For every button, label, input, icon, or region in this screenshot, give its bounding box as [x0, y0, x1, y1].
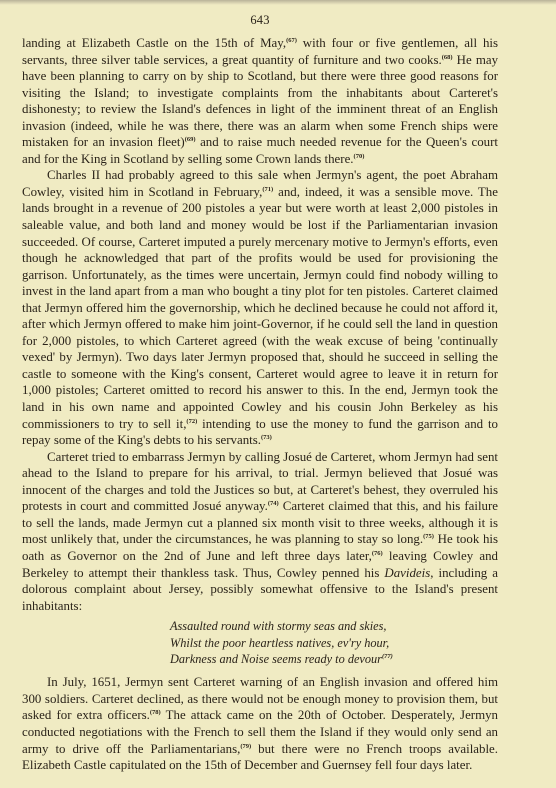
footnote-marker: (67)	[286, 37, 297, 44]
verse-line-1: Assaulted round with stormy seas and ski…	[170, 618, 498, 634]
page-top-edge-shadow	[0, 0, 556, 5]
footnote-marker: (76)	[372, 550, 383, 557]
footnote-marker: (68)	[442, 54, 453, 61]
paragraph-4: In July, 1651, Jermyn sent Carteret warn…	[22, 674, 498, 773]
text-run: landing at Elizabeth Castle on the 15th …	[22, 36, 286, 50]
book-page: 643 landing at Elizabeth Castle on the 1…	[22, 12, 498, 774]
paragraph-3: Carteret tried to embarrass Jermyn by ca…	[22, 449, 498, 614]
footnote-marker: (74)	[268, 500, 279, 507]
footnote-marker: (79)	[240, 743, 251, 750]
verse-line-3: Darkness and Noise seems ready to devour…	[170, 651, 498, 667]
footnote-marker: (71)	[262, 186, 273, 193]
italic-title: Davideis	[384, 566, 430, 580]
page-number: 643	[22, 12, 498, 28]
verse-quotation: Assaulted round with stormy seas and ski…	[22, 618, 498, 667]
footnote-marker: (69)	[185, 136, 196, 143]
verse-line-2: Whilst the poor heartless natives, ev'ry…	[170, 635, 498, 651]
footnote-marker: (78)	[150, 709, 161, 716]
paragraph-1: landing at Elizabeth Castle on the 15th …	[22, 35, 498, 167]
paragraph-2: Charles II had probably agreed to this s…	[22, 167, 498, 448]
footnote-marker: (72)	[186, 418, 197, 425]
footnote-marker: (70)	[354, 153, 365, 160]
text-run: and, indeed, it was a sensible move. The…	[22, 185, 498, 431]
footnote-marker: (75)	[423, 533, 434, 540]
footnote-marker: (77)	[382, 653, 393, 660]
verse-line-3-text: Darkness and Noise seems ready to devour	[170, 652, 382, 666]
footnote-marker: (73)	[261, 434, 272, 441]
